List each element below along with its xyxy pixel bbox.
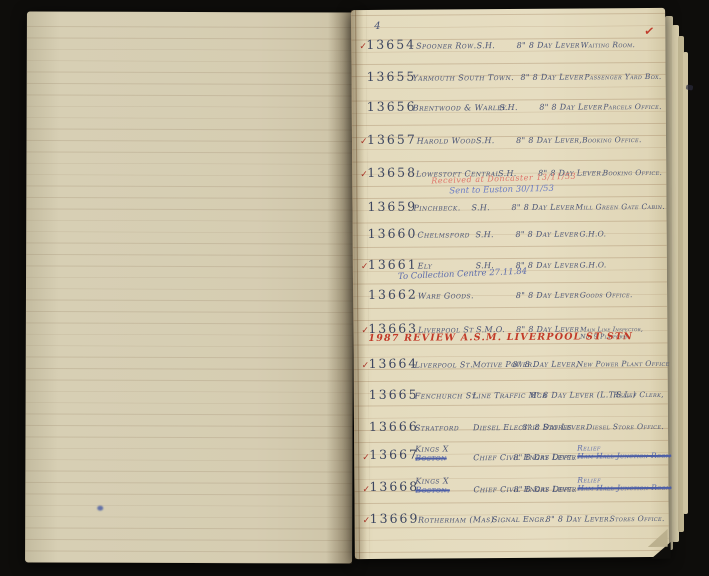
location: Kings X Boston. (415, 476, 473, 495)
right-page: 4 ✓ ✓ 13654 Spooner Row. S.H. 8" 8 Day L… (351, 8, 669, 559)
check-icon: ✓ (362, 361, 369, 371)
clock-number: 13658 (367, 165, 416, 180)
annotation-sent: Sent to Euston 30/11/53 (449, 184, 554, 197)
clock-number: 13655 (366, 69, 412, 84)
clock-type: 8" 8 Day Lever (517, 41, 581, 50)
placement: Relief Ham Hall Junction Room (577, 444, 671, 462)
check-icon: ✓ (362, 453, 369, 463)
placement: Diesel Store Office. (586, 422, 664, 432)
clock-number: 13656 (367, 99, 413, 114)
clock-type: 8" 8 Day Lever (513, 485, 577, 494)
department: Chief Civil Engrs Dept. (473, 485, 513, 494)
clock-type: 8" 8 Day Lever, (513, 360, 577, 369)
placement: Mill Green Gate Cabin. (575, 202, 665, 212)
ledger-row: ✓ 13657 Harold Wood S.H. 8" 8 Day Lever,… (362, 130, 662, 147)
clock-type: 8" 8 Day Lever (515, 230, 579, 239)
clock-number: 13666 (369, 419, 415, 434)
ledger-row: 13656 Brentwood & Warley S.H. 8" 8 Day L… (362, 97, 662, 114)
clock-number: 13659 (367, 199, 413, 214)
placement: Parcels Office. (603, 102, 662, 111)
clock-type: 8" 8 Day Lever (511, 203, 575, 212)
left-page (25, 11, 354, 563)
placement: Booking Office. (603, 168, 663, 177)
placement: G.H.O. (580, 260, 607, 269)
ledger-row: 13660 Chelmsford S.H. 8" 8 Day Lever G.H… (363, 224, 663, 241)
clock-number: 13668 (369, 479, 415, 494)
check-icon: ✓ (360, 170, 367, 180)
clock-type: 8" 8 Day Lever (513, 453, 577, 462)
location: Stratford (415, 423, 473, 432)
clock-number: 13665 (369, 387, 415, 402)
clock-number: 13669 (370, 511, 418, 526)
department: S.H. (477, 41, 517, 50)
placement: Relief Ham Hall Junction Room (577, 476, 671, 494)
clock-number: 13657 (367, 132, 417, 147)
location: Harold Wood (417, 136, 476, 145)
check-icon: ✓ (359, 42, 366, 52)
margin-rule (355, 10, 360, 559)
location: Ware Goods. (418, 291, 476, 300)
location: Brentwood & Warley (413, 103, 500, 113)
placement: G.H.O. (579, 229, 606, 238)
department: S.H. (471, 203, 511, 212)
department: Chief Civil Engrs Dept. (473, 453, 513, 462)
department: S.H. (475, 230, 515, 239)
placement: Stores Office. (610, 514, 665, 523)
ledger-row: 13665 Fenchurch St. Line Traffic Mgr 8" … (364, 385, 664, 402)
department: Line Traffic Mgr (473, 391, 531, 400)
clock-type: 8" 8 Day Lever, (516, 135, 582, 144)
location-corrected: Kings X (415, 444, 473, 454)
clock-number: 13664 (369, 356, 415, 371)
clock-type: 8" 8 Day Lever (L.T.S.L.) (531, 390, 613, 400)
placement: Goods Office. (580, 290, 633, 299)
location: Pinchbeck. (413, 203, 471, 212)
ledger-row: 13659 Pinchbeck. S.H. 8" 8 Day Lever Mil… (362, 197, 662, 214)
page-edge (683, 52, 688, 514)
ledger-row: ✓ 13654 Spooner Row. S.H. 8" 8 Day Lever… (361, 35, 661, 52)
department: Diesel Electric Stores (473, 423, 522, 432)
check-icon: ✓ (363, 516, 370, 526)
clock-type: 8" 8 Day Lever (516, 291, 580, 300)
clock-number: 13661 (368, 257, 418, 272)
dog-ear (648, 529, 668, 547)
check-icon: ✓ (361, 262, 368, 272)
ledger-row: 13655 Yarmouth South Town. 8" 8 Day Leve… (361, 67, 661, 84)
ledger-row: ✓ 13668 Kings X Boston. Chief Civil Engr… (364, 471, 664, 495)
placement-struck: Ham Hall Junction Room (577, 452, 671, 461)
location: Kings X Boston (415, 444, 473, 463)
clock-number: 13660 (368, 226, 418, 241)
annotation-review: 1987 REVIEW A.S.M. LIVERPOOL ST STN (368, 331, 633, 344)
location: Fenchurch St. (415, 391, 473, 400)
location: Yarmouth South Town. (413, 73, 481, 82)
edge-ink-smudge (686, 84, 694, 90)
ledger-row: 13662 Ware Goods. 8" 8 Day Lever Goods O… (363, 285, 663, 302)
clock-number: 13654 (366, 37, 416, 52)
location: Liverpool St. (415, 360, 473, 369)
ledger-row: ✓ 13667 Kings X Boston Chief Civil Engrs… (364, 439, 664, 463)
placement: Booking Office. (582, 135, 642, 144)
placement: Waiting Room. (581, 40, 636, 49)
clock-number: 13667 (369, 447, 415, 462)
location-corrected: Kings X (415, 476, 473, 486)
location: Spooner Row. (416, 41, 477, 50)
location: Chelmsford (417, 230, 475, 239)
placement: New Power Plant Office (577, 359, 670, 369)
location-struck: Boston. (415, 485, 473, 495)
clock-type: 8" 8 Day Lever. (522, 422, 586, 431)
check-icon: ✓ (361, 326, 368, 336)
clock-number: 13662 (368, 287, 418, 302)
ink-blot (97, 506, 103, 511)
page-number: 4 (374, 21, 380, 32)
check-icon: ✓ (362, 485, 369, 495)
department: S.H. (476, 136, 516, 145)
location: Rotherham (Mas) (418, 515, 492, 525)
department: S.H. (499, 103, 539, 112)
location-struck: Boston (415, 453, 473, 463)
clock-type: 8" 8 Day Lever. (546, 514, 610, 523)
clock-type: 8" 8 Day Lever (539, 102, 603, 111)
ledger-row: ✓ 13669 Rotherham (Mas) Signal Engr. 8" … (365, 509, 665, 526)
clock-type: 8" 8 Day Lever (520, 72, 584, 81)
ledger-row: 13666 Stratford Diesel Electric Stores 8… (364, 417, 664, 434)
check-icon: ✓ (360, 137, 367, 147)
department: Motive Power. (473, 360, 513, 369)
placement: Passenger Yard Box. (584, 72, 661, 82)
department: Signal Engr. (492, 515, 546, 524)
placement-struck: Ham Hall Junction Room (577, 484, 671, 493)
placement: Relief Clerk, (613, 390, 664, 399)
ledger-row: ✓ 13664 Liverpool St. Motive Power. 8" 8… (364, 354, 664, 371)
